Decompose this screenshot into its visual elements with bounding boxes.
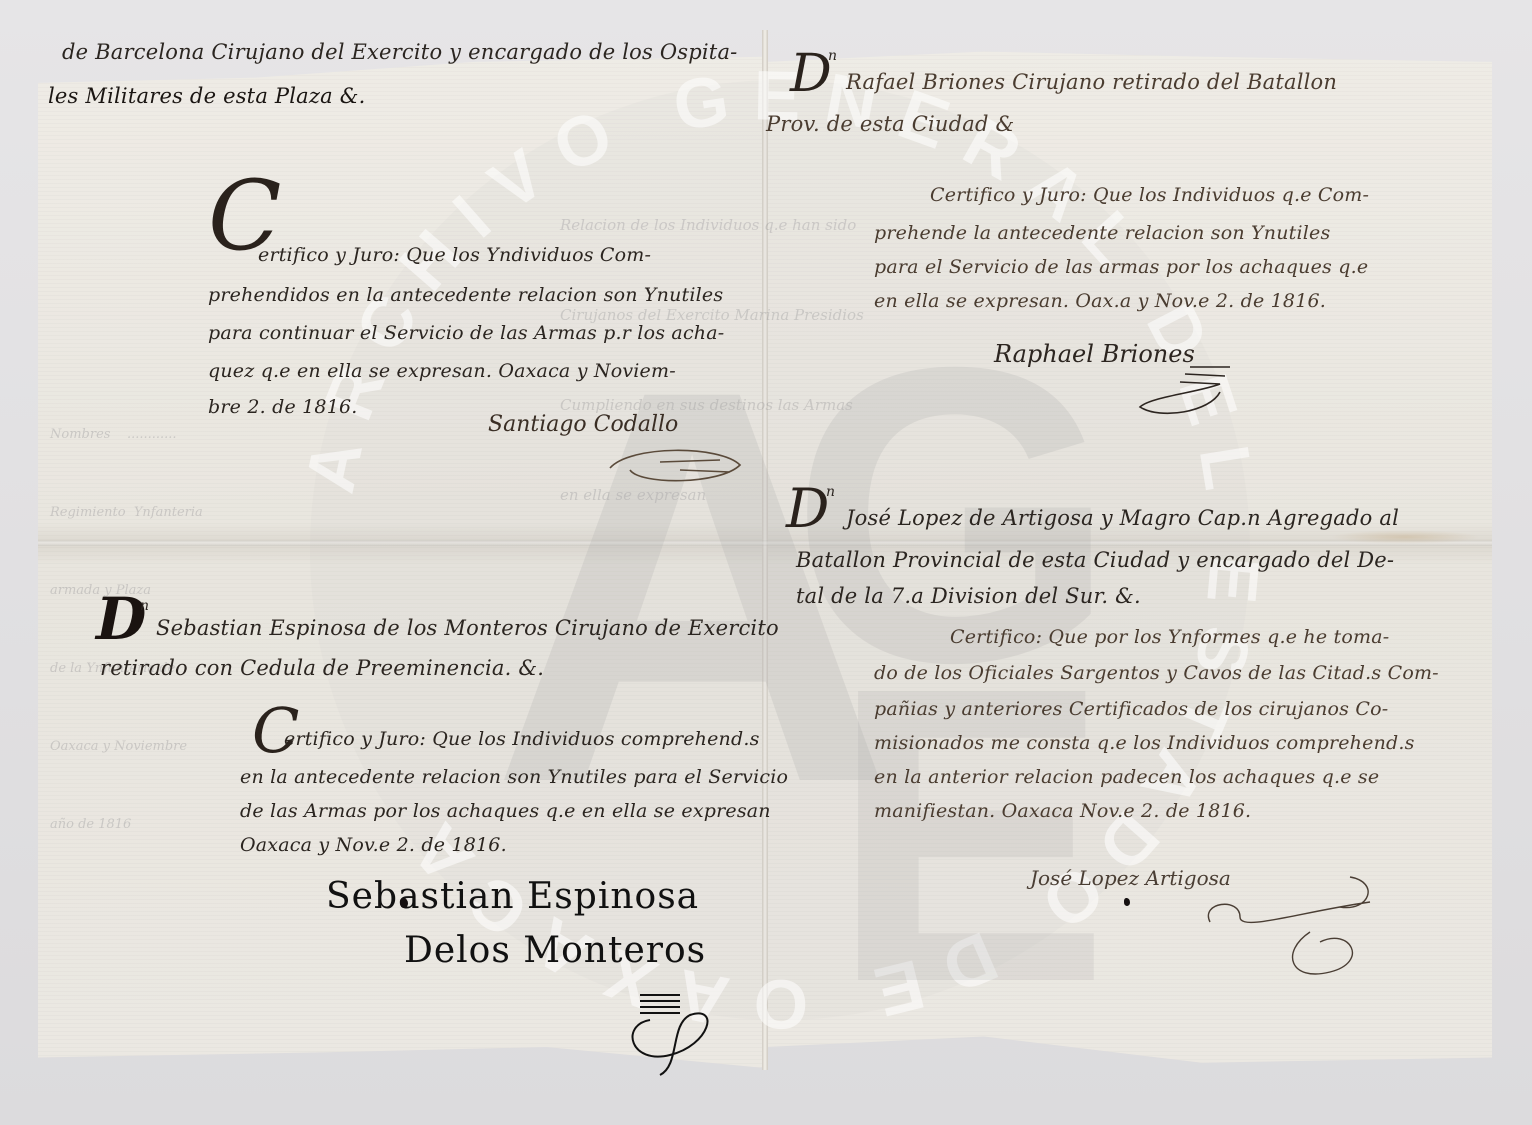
ink-blot-2 [1124,898,1130,906]
superscript-n-right-2: n [826,484,835,500]
right-cert-2-line-4: misionados me consta q.e los Individuos … [874,732,1415,754]
right-cert-1-line-3: para el Servicio de las armas por los ac… [874,256,1368,278]
left-header-line-2: les Militares de esta Plaza &. [48,84,366,108]
left-cert-1-line-2: prehendidos en la antecedente relacion s… [208,284,723,306]
left-cert-1-line-4: quez q.e en ella se expresan. Oaxaca y N… [208,360,676,382]
left-header-2-line-2: retirado con Cedula de Preeminencia. &. [100,656,544,680]
right-header-1-line-1: Rafael Briones Cirujano retirado del Bat… [846,70,1337,94]
right-cert-1-line-4: en ella se expresan. Oax.a y Nov.e 2. de… [874,290,1326,312]
right-header-2-line-3: tal de la 7.a Division del Sur. &. [796,584,1141,608]
decorative-initial-d-right-2: D [786,482,829,536]
right-cert-2-line-6: manifiestan. Oaxaca Nov.e 2. de 1816. [874,800,1251,822]
decorative-initial-d-right-1: D [790,48,832,100]
right-header-2-line-2: Batallon Provincial de esta Ciudad y enc… [796,548,1394,572]
left-cert-1-line-1: ertifico y Juro: Que los Yndividuos Com- [258,244,651,266]
signature-flourish-2 [620,985,730,1085]
superscript-n-right-1: n [828,48,837,64]
decorative-initial-d: D [96,590,146,648]
signature-santiago-codallo: Santiago Codallo [488,412,678,437]
left-cert-2-line-3: de las Armas por los achaques q.e en ell… [240,800,771,822]
document-photo: Relacion de los Individuos q.e han sido … [0,0,1532,1125]
left-header-2-line-1: Sebastian Espinosa de los Monteros Ciruj… [156,616,779,640]
ink-blot [400,898,408,908]
right-cert-2-line-2: do de los Oficiales Sargentos y Cavos de… [874,662,1439,684]
signature-sebastian-espinosa-line-1: Sebastian Espinosa [326,876,699,917]
left-header-line-1: de Barcelona Cirujano del Exercito y enc… [62,40,737,64]
right-cert-1-line-1: Certifico y Juro: Que los Individuos q.e… [930,184,1369,206]
right-header-1-line-2: Prov. de esta Ciudad & [766,112,1014,136]
signature-flourish-1 [600,440,760,490]
signature-flourish-3 [1130,362,1240,422]
left-cert-1-line-5: bre 2. de 1816. [208,396,358,418]
superscript-n: n [140,598,149,614]
right-cert-2-line-5: en la anterior relacion padecen los acha… [874,766,1379,788]
signature-sebastian-espinosa-line-2: Delos Monteros [404,930,706,971]
right-cert-1-line-2: prehende la antecedente relacion son Ynu… [874,222,1330,244]
age-stain [1330,530,1480,544]
right-cert-2-line-3: pañias y anteriores Certificados de los … [874,698,1388,720]
right-cert-2-line-1: Certifico: Que por los Ynformes q.e he t… [950,626,1389,648]
left-cert-2-line-2: en la antecedente relacion son Ynutiles … [240,766,788,788]
left-cert-2-line-1: ertifico y Juro: Que los Individuos comp… [284,728,760,750]
signature-flourish-4 [1200,872,1380,982]
left-cert-2-line-4: Oaxaca y Nov.e 2. de 1816. [240,834,507,856]
right-header-2-line-1: José Lopez de Artigosa y Magro Cap.n Agr… [846,506,1399,530]
left-cert-1-line-3: para continuar el Servicio de las Armas … [208,322,724,344]
